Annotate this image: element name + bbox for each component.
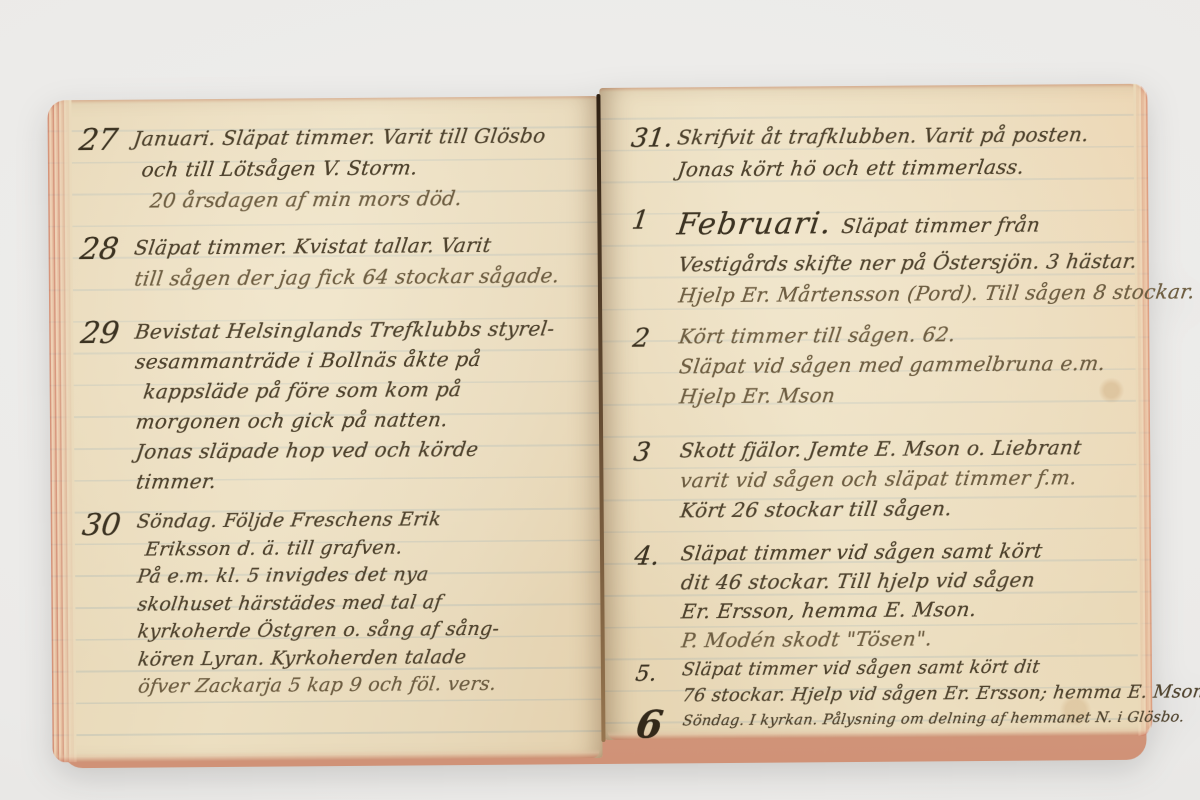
entry-line: Släpat vid sågen med gammelbruna e.m.: [677, 348, 1135, 382]
entry-line: dit 46 stockar. Till hjelp vid sågen: [679, 565, 1137, 598]
entry-line: Jonas släpade hop ved och körde: [134, 433, 578, 466]
entry-line: sesammanträde i Bollnäs åkte på: [133, 343, 577, 376]
entry-line: Hjelp Er. Mårtensson (Pord). Till sågen …: [677, 277, 1135, 312]
entry-day-number: 4.: [632, 539, 683, 573]
entry-day-number: 29: [79, 317, 138, 351]
diary-entry-feb-4: 4. Släpat timmer vid sågen samt kört dit…: [637, 536, 1138, 656]
entry-day-number: 27: [77, 124, 136, 158]
entry-line: Söndag. I kyrkan. Pålysning om delning a…: [681, 706, 1138, 734]
notebook: 27 Januari. Släpat timmer. Varit till Gl…: [47, 82, 1154, 769]
entry-line: Släpat timmer vid sågen samt kört dit: [680, 654, 1137, 684]
diary-entry-jan-29: 29 Bevistat Helsinglands Trefklubbs styr…: [83, 313, 578, 497]
entry-line: skolhuset härstädes med tal af: [136, 588, 580, 619]
entry-line: varit vid sågen och släpat timmer f.m.: [678, 462, 1136, 496]
diary-entry-jan-28: 28 Släpat timmer. Kvistat tallar. Varit …: [82, 229, 576, 295]
left-page-text: 27 Januari. Släpat timmer. Varit till Gl…: [82, 120, 581, 701]
entry-line-text: Släpat timmer från: [840, 213, 1042, 239]
diary-photo: 27 Januari. Släpat timmer. Varit till Gl…: [0, 0, 1200, 800]
diary-entry-jan-31: 31. Skrifvit åt trafklubben. Varit på po…: [634, 118, 1134, 186]
entry-line: Släpat timmer vid sågen samt kört: [679, 536, 1137, 569]
entry-line: Februari.Släpat timmer från: [674, 200, 1134, 250]
entry-line: kappsläde på före som kom på: [142, 373, 578, 406]
entry-day-number: 30: [80, 509, 139, 543]
entry-line: Släpat timmer. Kvistat tallar. Varit: [132, 229, 576, 263]
entry-day-number: 31.: [629, 121, 680, 155]
left-page: 27 Januari. Släpat timmer. Varit till Gl…: [47, 96, 602, 762]
entry-line: 76 stockar. Hjelp vid sågen Er. Ersson; …: [681, 680, 1138, 710]
entry-day-number: 28: [78, 233, 137, 267]
entry-day-number: 3: [632, 435, 683, 469]
entry-line: Eriksson d. ä. till grafven.: [143, 533, 579, 564]
entry-day-number: 2: [631, 321, 682, 355]
diary-entry-feb-1: 1 Februari.Släpat timmer från Vestigårds…: [634, 200, 1135, 312]
right-page-text: 31. Skrifvit åt trafklubben. Varit på po…: [634, 110, 1139, 740]
right-page: 31. Skrifvit åt trafklubben. Varit på po…: [599, 84, 1152, 740]
diary-entry-jan-30: 30 Söndag. Följde Freschens Erik Eriksso…: [85, 505, 580, 701]
entry-month-label: Februari.: [675, 206, 834, 242]
diary-entry-feb-3: 3 Skott fjälor. Jemte E. Mson o. Liebran…: [636, 432, 1137, 526]
diary-entry-feb-5: 5. Släpat timmer vid sågen samt kört dit…: [638, 654, 1138, 710]
entry-line: Januari. Släpat timmer. Varit till Glösb…: [132, 120, 576, 154]
entry-day-number: 1: [630, 203, 681, 237]
entry-line: Hjelp Er. Mson: [678, 378, 1136, 412]
entry-line: Söndag. Följde Freschens Erik: [135, 505, 579, 536]
entry-day-number: 5.: [633, 657, 684, 691]
entry-line: Kört 26 stockar till sågen.: [679, 492, 1137, 526]
entry-line: Vestigårds skifte ner på Östersjön. 3 hä…: [677, 246, 1135, 281]
diary-entry-feb-6: 6 Söndag. I kyrkan. Pålysning om delning…: [638, 706, 1138, 740]
entry-line: timmer.: [134, 463, 578, 496]
left-page-red-edge: [47, 100, 76, 762]
entry-line: till sågen der jag fick 64 stockar sågad…: [133, 260, 577, 294]
entry-line: kören Lyran. Kyrkoherden talade: [136, 643, 580, 674]
entry-line: kyrkoherde Östgren o. sång af sång-: [136, 615, 580, 646]
entry-line: morgonen och gick på natten.: [134, 403, 578, 436]
entry-line: och till Lötsågen V. Storm.: [140, 151, 576, 185]
entry-line: öfver Zackarja 5 kap 9 och föl. vers.: [136, 670, 580, 701]
diary-entry-jan-27: 27 Januari. Släpat timmer. Varit till Gl…: [82, 120, 577, 217]
entry-line: Kört timmer till sågen. 62.: [677, 318, 1135, 352]
entry-line: P. Modén skodt "Tösen".: [680, 623, 1138, 656]
entry-line: 20 årsdagen af min mors död.: [148, 182, 576, 216]
entry-line: Er. Ersson, hemma E. Mson.: [680, 594, 1138, 627]
entry-line: Bevistat Helsinglands Trefklubbs styrel-: [133, 313, 577, 346]
diary-entry-feb-2: 2 Kört timmer till sågen. 62. Släpat vid…: [635, 318, 1136, 412]
entry-line: Skrifvit åt trafklubben. Varit på posten…: [675, 118, 1133, 154]
entry-line: Skott fjälor. Jemte E. Mson o. Liebrant: [678, 432, 1136, 466]
entry-day-number: 6: [634, 709, 684, 739]
entry-line: Jonas kört hö och ett timmerlass.: [676, 150, 1134, 186]
entry-line: På e.m. kl. 5 invigdes det nya: [135, 560, 579, 591]
